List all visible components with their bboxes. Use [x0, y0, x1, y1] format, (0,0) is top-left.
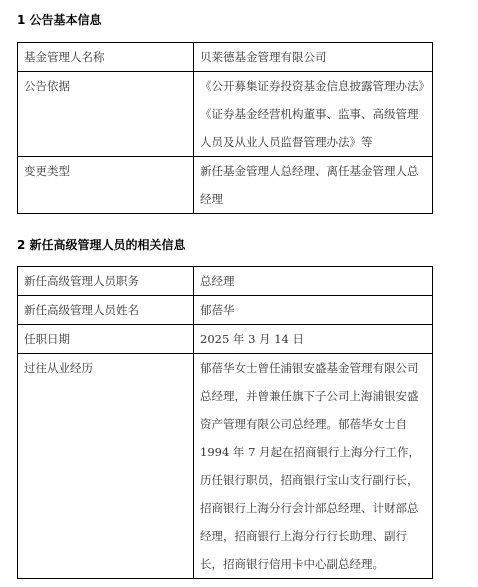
row-label: 新任高级管理人员职务	[18, 267, 194, 296]
change-type-label: 变更类型	[24, 164, 70, 178]
fund-manager-name-value: 贝莱德基金管理有限公司	[200, 50, 327, 64]
table-row: 公告依据 《公开募集证券投资基金信息披露管理办法》《证券基金经营机构董事、监事、…	[18, 72, 433, 157]
row-label: 任职日期	[18, 325, 194, 354]
announcement-basis-value: 《公开募集证券投资基金信息披露管理办法》《证券基金经营机构董事、监事、高级管理人…	[200, 72, 426, 156]
section-2-heading: 2 新任高级管理人员的相关信息	[17, 236, 186, 253]
position-value: 总经理	[200, 274, 235, 288]
row-label: 基金管理人名称	[18, 43, 194, 72]
table-row: 新任高级管理人员姓名 郁蓓华	[18, 296, 433, 325]
row-value: 新任基金管理人总经理、离任基金管理人总经理	[194, 157, 433, 214]
new-executive-info-table: 新任高级管理人员职务 总经理 新任高级管理人员姓名 郁蓓华 任职日期 2025 …	[17, 266, 433, 579]
change-type-value: 新任基金管理人总经理、离任基金管理人总经理	[200, 157, 426, 213]
row-label: 公告依据	[18, 72, 194, 157]
row-label: 新任高级管理人员姓名	[18, 296, 194, 325]
fund-manager-name-label: 基金管理人名称	[24, 50, 105, 64]
announcement-basic-info-table: 基金管理人名称 贝莱德基金管理有限公司 公告依据 《公开募集证券投资基金信息披露…	[17, 42, 433, 214]
name-value: 郁蓓华	[200, 303, 235, 317]
announcement-basis-label: 公告依据	[24, 79, 70, 93]
section-1-heading: 1 公告基本信息	[17, 11, 102, 28]
row-value: 郁蓓华女士曾任浦银安盛基金管理有限公司总经理，并曾兼任旗下子公司上海浦银安盛资产…	[194, 354, 433, 579]
table-row: 过往从业经历 郁蓓华女士曾任浦银安盛基金管理有限公司总经理，并曾兼任旗下子公司上…	[18, 354, 433, 579]
table-row: 新任高级管理人员职务 总经理	[18, 267, 433, 296]
row-value: 贝莱德基金管理有限公司	[194, 43, 433, 72]
row-label: 过往从业经历	[18, 354, 194, 579]
row-value: 2025 年 3 月 14 日	[194, 325, 433, 354]
name-label: 新任高级管理人员姓名	[24, 303, 139, 317]
start-date-label: 任职日期	[24, 332, 70, 346]
position-label: 新任高级管理人员职务	[24, 274, 139, 288]
table-row: 变更类型 新任基金管理人总经理、离任基金管理人总经理	[18, 157, 433, 214]
row-value: 总经理	[194, 267, 433, 296]
work-history-label: 过往从业经历	[24, 361, 93, 375]
row-value: 郁蓓华	[194, 296, 433, 325]
table-row: 基金管理人名称 贝莱德基金管理有限公司	[18, 43, 433, 72]
work-history-value: 郁蓓华女士曾任浦银安盛基金管理有限公司总经理，并曾兼任旗下子公司上海浦银安盛资产…	[200, 354, 426, 578]
table-row: 任职日期 2025 年 3 月 14 日	[18, 325, 433, 354]
row-label: 变更类型	[18, 157, 194, 214]
row-value: 《公开募集证券投资基金信息披露管理办法》《证券基金经营机构董事、监事、高级管理人…	[194, 72, 433, 157]
start-date-value: 2025 年 3 月 14 日	[200, 332, 304, 346]
